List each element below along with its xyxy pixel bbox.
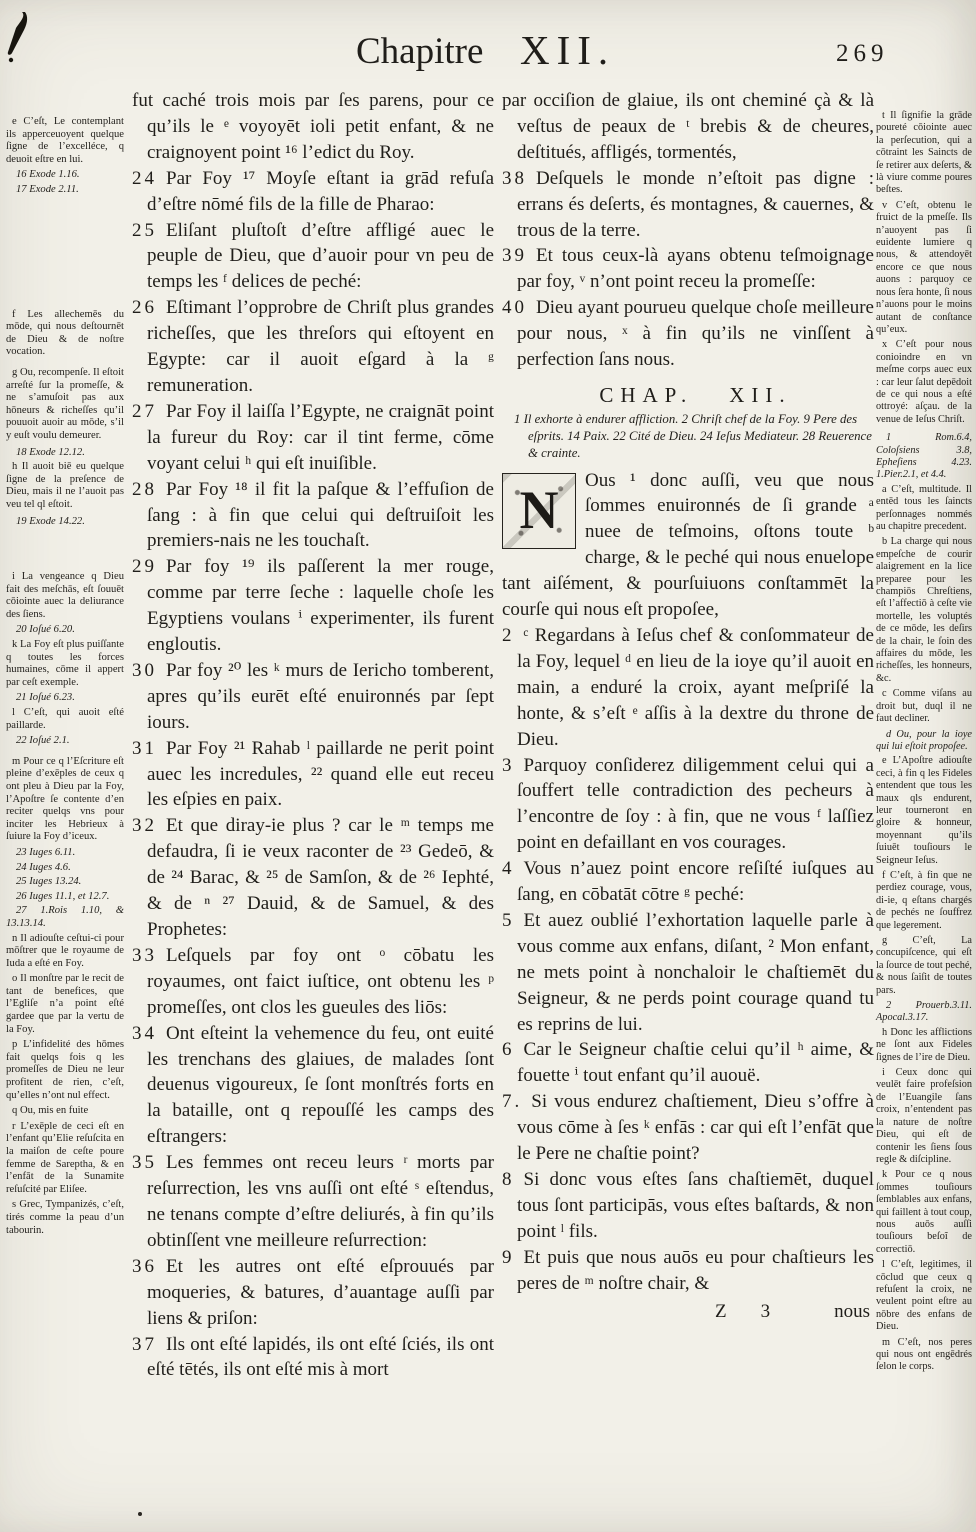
scripture-ref: 25 Iuges 13.24. — [6, 876, 124, 889]
margin-note: x C’eſt pour nous conioindre en vn meſme… — [876, 339, 972, 426]
verse-number: 35 — [132, 1152, 157, 1173]
verse: 4Vous n’auez point encore reſiſté iuſque… — [502, 856, 874, 908]
verse: 32Et que diray-ie plus ? car le ᵐ temps … — [132, 813, 494, 943]
page-number: 269 — [836, 40, 889, 68]
margin-note: k La Foy eſt plus puiſſante q toutes les… — [6, 639, 124, 689]
margin-note: h Donc les afflictions ne ſont aux Fidel… — [876, 1027, 972, 1064]
verse-number: 28 — [132, 479, 157, 500]
chapter-heading: CHAP. XII. — [502, 383, 874, 409]
scripture-ref: 2 Prouerb.3.11. Apocal.3.17. — [876, 1000, 972, 1025]
margin-note: b La charge qui nous empeſche de courir … — [876, 536, 972, 685]
page: Chapitre XII. 269 e C’eſt, Le contemplan… — [0, 0, 976, 1532]
verse-number: 34 — [132, 1023, 157, 1044]
right-margin-notes: t Il ſignifie la grāde poureté cōiointe … — [876, 110, 972, 1377]
verse-text: Si vous endurez chaſtiement, Dieu s’offr… — [517, 1091, 874, 1164]
verse-text: Par foy ²⁰ les ᵏ murs de Iericho tombere… — [147, 660, 494, 733]
verse-number: 6 — [502, 1039, 515, 1060]
verse: 24Par Foy ¹⁷ Moyſe eſtant ia grād refuſa… — [132, 166, 494, 218]
verse-text: Deſquels le monde n’eſtoit pas digne : e… — [517, 168, 874, 241]
scripture-ref: 24 Iuges 4.6. — [6, 862, 124, 875]
verse-number: 26 — [132, 297, 157, 318]
margin-note: e L’Apoſtre adiouſte ceci, à fin q les F… — [876, 755, 972, 867]
verse-text: Leſquels par foy ont ᵒ cōbatu les royaum… — [147, 945, 494, 1018]
margin-note: d Ou, pour la ioye qui lui eſtoit propoſ… — [876, 729, 972, 754]
verse-number: 33 — [132, 945, 157, 966]
ink-speck — [138, 1512, 142, 1516]
verse-number: 32 — [132, 815, 157, 836]
verse-number: 37 — [132, 1334, 157, 1355]
margin-note: a C’eſt, multitude. Il entēd tous les ſa… — [876, 484, 972, 534]
margin-note: t Il ſignifie la grāde poureté cōiointe … — [876, 110, 972, 197]
verse-1-block: N Ous ¹ donc auſſi, veu que nous ſommes … — [502, 468, 874, 623]
margin-note: e C’eſt, Le contemplant ils apperceuoyen… — [6, 116, 124, 166]
verse-number: 7. — [502, 1091, 522, 1112]
verse-number: 5 — [502, 910, 515, 931]
scripture-ref: 22 Ioſué 2.1. — [6, 735, 124, 748]
verse-number: 31 — [132, 738, 157, 759]
verse-text: Par Foy ¹⁷ Moyſe eſtant ia grād refuſa d… — [147, 168, 494, 215]
margin-note: n Il adiouſte ceſtui-ci pour mōſtrer que… — [6, 933, 124, 971]
verse: 5Et auez oublié l’exhortation laquelle p… — [502, 908, 874, 1038]
margin-note: v C’eſt, obtenu le fruict de la pmeſſe. … — [876, 200, 972, 336]
verse: par occiſion de glaiue, ils ont cheminé … — [502, 88, 874, 166]
scripture-ref: 23 Iuges 6.11. — [6, 847, 124, 860]
verse: 8Si donc vous eſtes ſans chaſtiemēt, duq… — [502, 1167, 874, 1245]
margin-note: r L’exēple de ceci eſt en l’enfant qu’El… — [6, 1121, 124, 1197]
verse-text: Par foy ¹⁹ ils paſſerent la mer rouge, c… — [147, 556, 494, 655]
scripture-ref: 17 Exode 2.11. — [6, 184, 124, 197]
verse: 38Deſquels le monde n’eſtoit pas digne :… — [502, 166, 874, 244]
margin-note: h Il auoit biē eu quelque ſigne de la pr… — [6, 461, 124, 511]
gathering-signature-letter: Z — [715, 1299, 727, 1325]
verse-text: Les femmes ont receu leurs ʳ morts par r… — [147, 1152, 494, 1251]
verse-number: 8 — [502, 1169, 515, 1190]
margin-note: m C’eſt, nos peres qui nous ont engēdrés… — [876, 1337, 972, 1374]
verse-text: fut caché trois mois par ſes parens, pou… — [132, 90, 494, 163]
chapter-heading-label: CHAP. — [599, 383, 693, 409]
verse-text: Dieu ayant pourueu quelque choſe meilleu… — [517, 297, 874, 370]
verse: 27Par Foy il laiſſa l’Egypte, ne craignā… — [132, 399, 494, 477]
verse: 36Et les autres ont eſté eſprouués par m… — [132, 1254, 494, 1332]
verse: 6Car le Seigneur chaſtie celui qu’il ʰ a… — [502, 1037, 874, 1089]
verse-text: Car le Seigneur chaſtie celui qu’il ʰ ai… — [517, 1039, 874, 1086]
verse-text: Et les autres ont eſté eſprouués par moq… — [147, 1256, 494, 1329]
verse-number: 40 — [502, 297, 527, 318]
margin-note: o Il monſtre par le recit de tant de ben… — [6, 973, 124, 1036]
verse-number: 30 — [132, 660, 157, 681]
verse-number: 29 — [132, 556, 157, 577]
scripture-ref: 20 Ioſué 6.20. — [6, 624, 124, 637]
verse-number: 4 — [502, 858, 515, 879]
chapter-argument: 1 Il exhorte à endurer affliction. 2 Chr… — [502, 411, 874, 462]
margin-note: g Ou, recompenſe. Il eſtoit arreſté ſur … — [6, 367, 124, 443]
verse-text: ᶜ Regardans à Ieſus chef & conſommateur … — [517, 625, 874, 750]
verse-text: Ils ont eſté lapidés, ils ont eſté ſciés… — [147, 1334, 494, 1381]
verse-text: par occiſion de glaiue, ils ont cheminé … — [502, 90, 874, 163]
verse-text: Ont eſteint la vehemence du feu, ont eui… — [147, 1023, 494, 1148]
margin-note: k Pour ce q nous ſommes touſiours ſembla… — [876, 1169, 972, 1256]
verse-number: 25 — [132, 220, 157, 241]
verse: 26Eſtimant l’opprobre de Chriſt plus gra… — [132, 295, 494, 399]
verse-number: 9 — [502, 1247, 515, 1268]
gathering-signature-number: 3 — [761, 1299, 771, 1325]
verse-text: Par Foy il laiſſa l’Egypte, ne craignāt … — [147, 401, 494, 474]
verse: 28Par Foy ¹⁸ il fit la paſque & l’effuſi… — [132, 477, 494, 555]
verse: 34Ont eſteint la vehemence du feu, ont e… — [132, 1021, 494, 1151]
verse: 9Et puis que nous auōs eu pour chaſtieur… — [502, 1245, 874, 1297]
margin-note: i La vengeance q Dieu fait des meſchās, … — [6, 571, 124, 621]
scripture-ref: 18 Exode 12.12. — [6, 447, 124, 460]
scripture-ref: 27 1.Rois 1.10, & 13.13.14. — [6, 905, 124, 930]
scripture-ref: 1 Rom.6.4, Coloſsiens 3.8, Epheſiens 4.2… — [876, 432, 972, 482]
verse-number: 3 — [502, 755, 515, 776]
margin-note: s Grec, Tympanizés, c’eſt, tirés comme l… — [6, 1199, 124, 1237]
running-title-numeral: XII. — [520, 26, 615, 74]
verse: 35Les femmes ont receu leurs ʳ morts par… — [132, 1150, 494, 1254]
verse: 29Par foy ¹⁹ ils paſſerent la mer rouge,… — [132, 554, 494, 658]
verse-text: Si donc vous eſtes ſans chaſtiemēt, duqu… — [517, 1169, 874, 1242]
margin-note: q Ou, mis en fuite — [6, 1105, 124, 1118]
verse-number: 27 — [132, 401, 157, 422]
drop-cap-initial: N — [502, 473, 576, 549]
verse: 40Dieu ayant pourueu quelque choſe meill… — [502, 295, 874, 373]
margin-note: l C’eſt, legitimes, il cōclud que ceux q… — [876, 1259, 972, 1333]
verse-text: Par Foy ¹⁸ il fit la paſque & l’effuſion… — [147, 479, 494, 552]
verse-text: Et que diray-ie plus ? car le ᵐ temps me… — [147, 815, 494, 940]
margin-note: m Pour ce q l’Eſcriture eſt pleine d’exē… — [6, 756, 124, 844]
verse-text: Et puis que nous auōs eu pour chaſtieurs… — [517, 1247, 874, 1294]
margin-note: i Ceux donc qui veulēt faire profeſsion … — [876, 1067, 972, 1166]
verse-text: Eliſant pluſtoſt d’eſtre affligé auec le… — [147, 220, 494, 293]
verse-number: 36 — [132, 1256, 157, 1277]
verse-text: Et auez oublié l’exhortation laquelle pa… — [517, 910, 874, 1035]
verse: 2ᶜ Regardans à Ieſus chef & conſommateur… — [502, 623, 874, 753]
text-column-right: par occiſion de glaiue, ils ont cheminé … — [502, 88, 874, 1324]
verse-number: 39 — [502, 245, 527, 266]
verse-text: Par Foy ²¹ Rahab ˡ paillarde ne perit po… — [147, 738, 494, 811]
verse: 3Parquoy conſiderez diligemment celui qu… — [502, 753, 874, 857]
margin-note: f Les allechemēs du mōde, qui nous deſto… — [6, 309, 124, 359]
scripture-ref: 16 Exode 1.16. — [6, 169, 124, 182]
margin-note: l C’eſt, qui auoit eſté paillarde. — [6, 707, 124, 732]
scripture-ref: 19 Exode 14.22. — [6, 516, 124, 529]
page-header: Chapitre XII. 269 — [0, 24, 976, 82]
verse: 31Par Foy ²¹ Rahab ˡ paillarde ne perit … — [132, 736, 494, 814]
verse-number: 2 — [502, 625, 515, 646]
verse: fut caché trois mois par ſes parens, pou… — [132, 88, 494, 166]
scripture-ref: 21 Ioſué 6.23. — [6, 692, 124, 705]
verse: 30Par foy ²⁰ les ᵏ murs de Iericho tombe… — [132, 658, 494, 736]
verse-number: 38 — [502, 168, 527, 189]
running-title-chapitre: Chapitre — [356, 30, 483, 73]
left-margin-notes: e C’eſt, Le contemplant ils apperceuoyen… — [6, 116, 124, 1240]
margin-note: g C’eſt, La concupiſcence, qui eſt la ſo… — [876, 935, 972, 997]
verse: 25Eliſant pluſtoſt d’eſtre affligé auec … — [132, 218, 494, 296]
verse-text: Et tous ceux-là ayans obtenu teſmoignage… — [517, 245, 874, 292]
verse: 7.Si vous endurez chaſtiement, Dieu s’of… — [502, 1089, 874, 1167]
catchword: nous — [834, 1299, 870, 1325]
text-column-left: fut caché trois mois par ſes parens, pou… — [132, 88, 494, 1383]
verse-text: Eſtimant l’opprobre de Chriſt plus grand… — [147, 297, 494, 396]
margin-note: f C’eſt, à fin que ne perdiez courage, v… — [876, 870, 972, 932]
drop-cap-letter: N — [520, 498, 559, 524]
verse-text: Vous n’auez point encore reſiſté iuſques… — [517, 858, 874, 905]
margin-note: c Comme viſans au droit but, duql il ne … — [876, 688, 972, 725]
verse-text: Parquoy conſiderez diligemment celui qui… — [517, 755, 874, 854]
verse: 37Ils ont eſté lapidés, ils ont eſté ſci… — [132, 1332, 494, 1384]
verse-number: 24 — [132, 168, 157, 189]
signature-line: Z 3 nous — [502, 1299, 874, 1325]
verse: 33Leſquels par foy ont ᵒ cōbatu les roya… — [132, 943, 494, 1021]
margin-note: p L’infidelité des hōmes fait quelqs foi… — [6, 1039, 124, 1102]
chapter-heading-numeral: XII. — [729, 383, 791, 409]
scripture-ref: 26 Iuges 11.1, et 12.7. — [6, 891, 124, 904]
verse: 39Et tous ceux-là ayans obtenu teſmoigna… — [502, 243, 874, 295]
